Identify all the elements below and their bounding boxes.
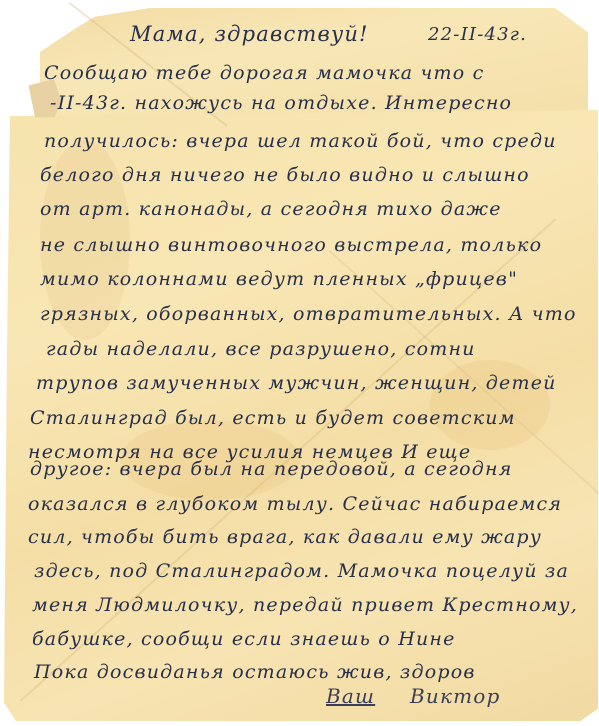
letter-line: грязных, оборванных, отвратительных. А ч… [40,303,577,325]
letter-line: Сообщаю тебе дорогая мамочка что с [44,62,484,84]
letter: Мама, здравствуй! 22-II-43г. Сообщаю теб… [0,0,599,726]
letter-signature: Виктор [410,684,501,708]
letter-line: оказался в глубоком тылу. Сейчас набирае… [28,493,562,515]
letter-date: 22-II-43г. [428,24,527,45]
letter-line: меня Людмилочку, передай привет Крестном… [32,594,578,616]
letter-line: здесь, под Сталинградом. Мамочка поцелуй… [34,560,569,582]
letter-line: Пока досвиданья остаюсь жив, здоров [34,661,476,683]
letter-line: не слышно винтовочного выстрела, только [40,234,542,256]
letter-line: трупов замученных мужчин, женщин, детей [36,372,557,394]
letter-line: бабушке, сообщи если знаешь о Нине [32,628,456,650]
letter-line: Сталинград был, есть и будет советским [30,407,516,429]
letter-line: сил, чтобы бить врага, как давали ему жа… [28,526,542,548]
letter-closing: Ваш [326,684,375,708]
letter-line: мимо колоннами ведут пленных „фрицев" [40,268,518,290]
letter-greeting: Мама, здравствуй! [130,22,369,46]
letter-line: -II-43г. нахожусь на отдыхе. Интересно [50,92,512,114]
letter-line: получилось: вчера шел такой бой, что сре… [44,130,557,152]
letter-line: другое: вчера был на передовой, а сегодн… [30,458,513,480]
letter-line: гады наделали, все разрушено, сотни [46,338,476,360]
letter-line: от арт. канонады, а сегодня тихо даже [40,198,502,220]
letter-line: белого дня ничего не было видно и слышно [40,164,530,186]
